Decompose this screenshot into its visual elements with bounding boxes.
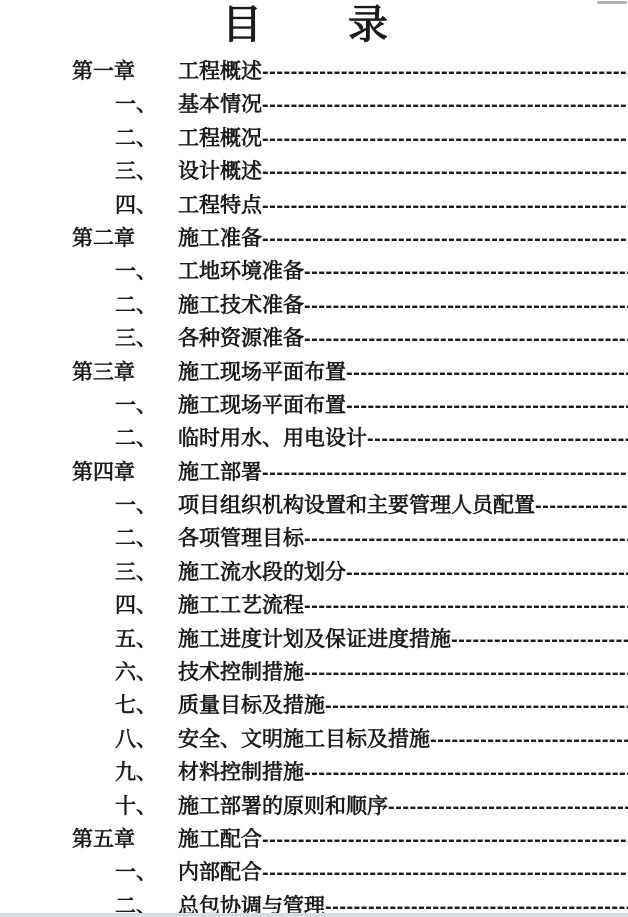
- toc-row: 二、工程概况----------------------------------…: [0, 122, 628, 155]
- dot-leader: ----------------------------------------…: [451, 629, 628, 651]
- toc-row: 一、工地环境准备--------------------------------…: [0, 255, 628, 288]
- toc-entry-title: 工程概况: [178, 127, 262, 150]
- bottom-edge-strip: [0, 913, 628, 917]
- toc-row: 第四章施工部署---------------------------------…: [0, 456, 628, 489]
- toc-row: 一、基本情况----------------------------------…: [0, 88, 628, 121]
- page-title: 目 录: [0, 0, 584, 50]
- dot-leader: ----------------------------------------…: [304, 328, 628, 350]
- toc-row: 第二章施工准备---------------------------------…: [0, 222, 628, 255]
- toc-entry-title: 临时用水、用电设计: [178, 427, 367, 450]
- toc-row: 六、技术控制措施--------------------------------…: [0, 656, 628, 689]
- toc-entry-number: 五、: [115, 623, 178, 656]
- toc-entry-title: 工程概述: [178, 60, 262, 83]
- dot-leader: ----------------------------------------…: [262, 161, 628, 183]
- toc-entry-number: 一、: [115, 389, 178, 422]
- toc-entry-number: 四、: [115, 589, 178, 622]
- dot-leader: ----------------------------------------…: [346, 562, 628, 584]
- toc-entry-number: 一、: [115, 88, 178, 121]
- toc-entry-number: 第二章: [72, 222, 178, 255]
- dot-leader: ----------------------------------------…: [346, 362, 628, 384]
- toc-row: 四、施工工艺流程--------------------------------…: [0, 589, 628, 622]
- toc-entry-title: 施工流水段的划分: [178, 561, 346, 584]
- toc-list: 第一章工程概述---------------------------------…: [0, 55, 628, 917]
- toc-entry-title: 各种资源准备: [178, 327, 304, 350]
- dot-leader: ----------------------------------------…: [262, 862, 628, 884]
- toc-entry-number: 一、: [115, 856, 178, 889]
- dot-leader: ----------------------------------------…: [304, 662, 628, 684]
- dot-leader: ----------------------------------------…: [262, 228, 628, 250]
- dot-leader: ----------------------------------------…: [262, 61, 628, 83]
- toc-row: 九、材料控制措施--------------------------------…: [0, 756, 628, 789]
- dot-leader: ----------------------------------------…: [304, 528, 628, 550]
- toc-row: 三、各种资源准备--------------------------------…: [0, 322, 628, 355]
- toc-entry-title: 基本情况: [178, 93, 262, 116]
- toc-row: 十、施工部署的原则和顺序----------------------------…: [0, 790, 628, 823]
- toc-row: 二、临时用水、用电设计-----------------------------…: [0, 422, 628, 455]
- toc-entry-title: 施工准备: [178, 227, 262, 250]
- toc-row: 一、施工现场平面布置------------------------------…: [0, 389, 628, 422]
- toc-row: 二、各项管理目标--------------------------------…: [0, 522, 628, 555]
- dot-leader: ----------------------------------------…: [262, 195, 628, 217]
- toc-entry-number: 六、: [115, 656, 178, 689]
- dot-leader: ----------------------------------------…: [304, 261, 628, 283]
- toc-entry-title: 内部配合: [178, 861, 262, 884]
- toc-entry-number: 二、: [115, 122, 178, 155]
- toc-row: 五、施工进度计划及保证进度措施-------------------------…: [0, 623, 628, 656]
- toc-entry-number: 第一章: [72, 55, 178, 88]
- dot-leader: ----------------------------------------…: [325, 695, 628, 717]
- toc-row: 一、内部配合----------------------------------…: [0, 856, 628, 889]
- toc-entry-number: 四、: [115, 189, 178, 222]
- dot-leader: ----------------------------------------…: [430, 729, 628, 751]
- dot-leader: ----------------------------------------…: [535, 495, 628, 517]
- toc-entry-number: 九、: [115, 756, 178, 789]
- toc-row: 二、施工技术准备--------------------------------…: [0, 289, 628, 322]
- toc-row: 第五章施工配合---------------------------------…: [0, 823, 628, 856]
- toc-row: 七、质量目标及措施-------------------------------…: [0, 689, 628, 722]
- dot-leader: ----------------------------------------…: [346, 395, 628, 417]
- toc-entry-number: 三、: [115, 322, 178, 355]
- toc-entry-title: 工程特点: [178, 194, 262, 217]
- toc-entry-title: 安全、文明施工目标及措施: [178, 728, 430, 751]
- toc-entry-number: 二、: [115, 422, 178, 455]
- dot-leader: ----------------------------------------…: [262, 128, 628, 150]
- toc-row: 四、工程特点----------------------------------…: [0, 189, 628, 222]
- dot-leader: ----------------------------------------…: [304, 595, 628, 617]
- dot-leader: ----------------------------------------…: [304, 295, 628, 317]
- toc-entry-number: 三、: [115, 556, 178, 589]
- toc-entry-number: 十、: [115, 790, 178, 823]
- document-page: 目 录 第一章工程概述-----------------------------…: [0, 0, 628, 917]
- toc-entry-number: 二、: [115, 289, 178, 322]
- dot-leader: ----------------------------------------…: [304, 762, 628, 784]
- toc-row: 第一章工程概述---------------------------------…: [0, 55, 628, 88]
- dot-leader: ----------------------------------------…: [262, 94, 628, 116]
- corner-artifact: [597, 1, 627, 4]
- dot-leader: ----------------------------------------…: [262, 462, 628, 484]
- toc-entry-number: 一、: [115, 489, 178, 522]
- toc-row: 三、设计概述----------------------------------…: [0, 155, 628, 188]
- toc-entry-number: 三、: [115, 155, 178, 188]
- toc-entry-title: 材料控制措施: [178, 761, 304, 784]
- toc-row: 第三章施工现场平面布置-----------------------------…: [0, 356, 628, 389]
- toc-entry-title: 施工现场平面布置: [178, 394, 346, 417]
- toc-entry-title: 施工技术准备: [178, 294, 304, 317]
- toc-entry-number: 二、: [115, 522, 178, 555]
- toc-entry-title: 工地环境准备: [178, 260, 304, 283]
- toc-entry-title: 质量目标及措施: [178, 694, 325, 717]
- toc-entry-title: 项目组织机构设置和主要管理人员配置: [178, 494, 535, 517]
- toc-row: 三、施工流水段的划分------------------------------…: [0, 556, 628, 589]
- toc-entry-title: 技术控制措施: [178, 661, 304, 684]
- dot-leader: ----------------------------------------…: [262, 829, 628, 851]
- toc-entry-number: 八、: [115, 723, 178, 756]
- toc-entry-title: 施工部署: [178, 461, 262, 484]
- toc-entry-number: 第三章: [72, 356, 178, 389]
- toc-entry-title: 施工配合: [178, 828, 262, 851]
- toc-entry-number: 第五章: [72, 823, 178, 856]
- toc-entry-title: 各项管理目标: [178, 527, 304, 550]
- toc-entry-title: 施工现场平面布置: [178, 361, 346, 384]
- toc-entry-number: 第四章: [72, 456, 178, 489]
- dot-leader: ----------------------------------------…: [388, 796, 628, 818]
- toc-entry-number: 七、: [115, 689, 178, 722]
- toc-entry-title: 施工进度计划及保证进度措施: [178, 628, 451, 651]
- dot-leader: ----------------------------------------…: [367, 428, 628, 450]
- toc-row: 八、安全、文明施工目标及措施--------------------------…: [0, 723, 628, 756]
- toc-entry-title: 施工部署的原则和顺序: [178, 795, 388, 818]
- toc-entry-title: 设计概述: [178, 160, 262, 183]
- toc-entry-number: 一、: [115, 255, 178, 288]
- toc-entry-title: 施工工艺流程: [178, 594, 304, 617]
- toc-row: 一、项目组织机构设置和主要管理人员配置---------------------…: [0, 489, 628, 522]
